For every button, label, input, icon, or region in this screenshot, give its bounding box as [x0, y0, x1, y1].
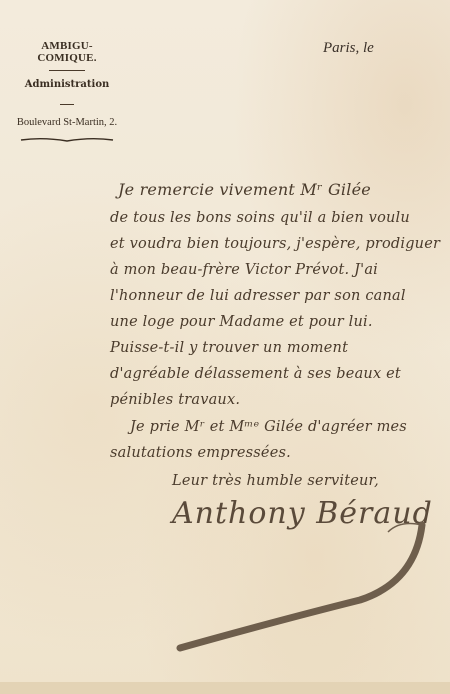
letter-line: salutations empressées.: [110, 445, 291, 461]
letter-line: Puisse-t-il y trouver un moment: [110, 340, 348, 356]
divider: [49, 70, 85, 71]
letter-line: une loge pour Madame et pour lui.: [110, 314, 373, 330]
letter-line: à mon beau-frère Victor Prévot. J'ai: [110, 262, 378, 278]
closing-line: Leur très humble serviteur,: [172, 473, 379, 489]
letter-line: Je remercie vivement Mʳ Gilée: [118, 180, 371, 199]
signature-flourish-icon: [160, 520, 430, 660]
letterhead-title: AMBIGU-COMIQUE.: [12, 40, 122, 64]
ornament-icon: [19, 136, 115, 144]
letter-line: d'agréable délassement à ses beaux et: [110, 366, 401, 382]
letter-line: de tous les bons soins qu'il a bien voul…: [110, 210, 410, 226]
letterhead: AMBIGU-COMIQUE. Administration Boulevard…: [12, 40, 122, 149]
letter-line: l'honneur de lui adresser par son canal: [110, 288, 406, 304]
divider: [60, 104, 74, 105]
paper-fold-edge: [0, 682, 450, 694]
letter-line: Je prie Mʳ et Mᵐᵉ Gilée d'agréer mes: [130, 419, 407, 435]
letter-line: pénibles travaux.: [110, 392, 240, 408]
letter-line: et voudra bien toujours, j'espère, prodi…: [110, 236, 440, 252]
letterhead-address: Boulevard St-Martin, 2.: [12, 117, 122, 128]
letterhead-department: Administration: [12, 79, 122, 90]
dateline: Paris, le: [323, 40, 374, 57]
